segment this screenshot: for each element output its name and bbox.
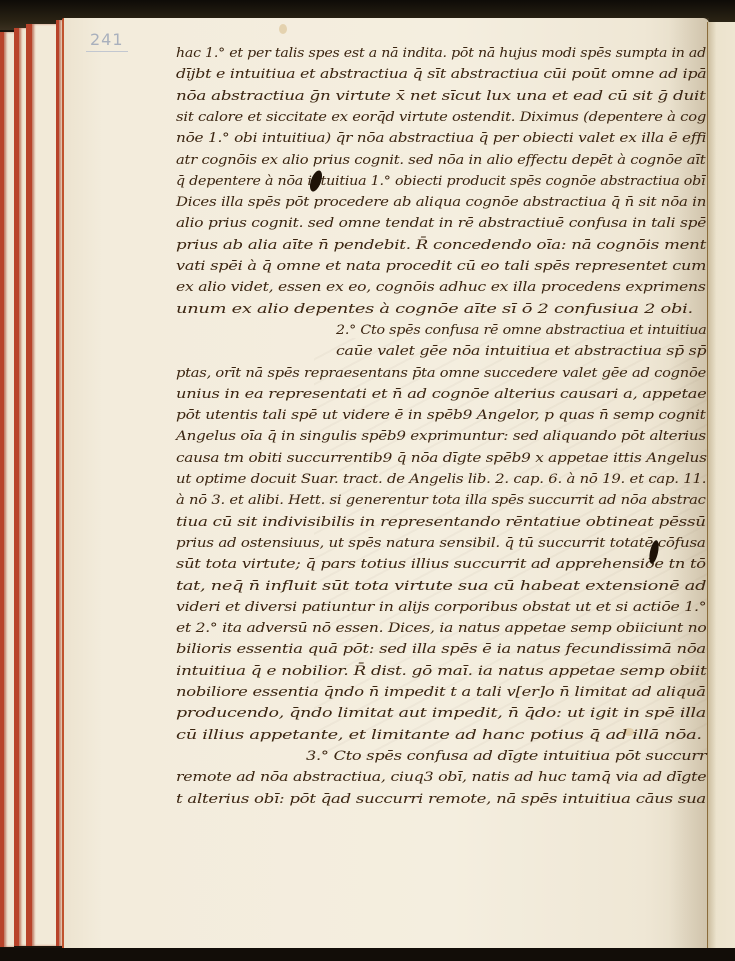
manuscript-line: prius ab alia aīte n̄ pendebit. R̄ conce… xyxy=(176,238,706,253)
manuscript-line: sit calore et siccitate ex eorq̄d virtut… xyxy=(176,110,706,125)
manuscript-line: nobiliore essentia q̄ndo n̄ impedit t a … xyxy=(176,685,706,700)
manuscript-line: ut optime docuit Suar. tract. de Angelis… xyxy=(176,472,706,487)
manuscript-line: 2.° Cto spēs confusa rē omne abstractiua… xyxy=(336,323,707,338)
manuscript-line: videri et diversi patiuntur in alijs cor… xyxy=(176,600,706,615)
manuscript-line: producendo, q̄ndo limitat aut impedit, n… xyxy=(176,706,706,721)
book-bottom-shadow xyxy=(0,948,735,961)
manuscript-line: tiua cū sit indivisibilis in representan… xyxy=(176,515,706,530)
manuscript-line: prius ad ostensiuus, ut spēs natura sens… xyxy=(176,536,706,551)
manuscript-line: Angelus oīa q̄ in singulis spēb9 exprimu… xyxy=(176,429,706,444)
page-edge-red-1 xyxy=(0,32,14,947)
manuscript-line: ptas, orīt nā spēs repraesentans p̄ta om… xyxy=(176,366,706,381)
manuscript-line: unum ex alio depentes à cognōe aīte sī ō… xyxy=(176,302,693,317)
manuscript-line: remote ad nōa abstractiua, ciuq3 obī, na… xyxy=(176,770,706,785)
manuscript-line: Dices illa spēs pōt procedere ab aliqua … xyxy=(176,195,706,210)
manuscript-line: causa tm obiti succurrentib9 q̄ nōa dīgt… xyxy=(176,451,707,466)
folio-number: 241 xyxy=(86,30,128,52)
manuscript-line: unius in ea representati et n̄ ad cognōe… xyxy=(176,387,706,402)
manuscript-line: q̄ depentere à nōa intuitiua 1.° obiecti… xyxy=(176,174,705,189)
manuscript-line: ex alio videt, essen ex eo, cognōis adhu… xyxy=(176,280,706,295)
manuscript-line: dījbt e intuitiua et abstractiua q̄ sīt … xyxy=(176,67,706,82)
manuscript-line: bilioris essentia quā pōt: sed illa spēs… xyxy=(176,642,706,657)
manuscript-line: t alterius obī: pōt q̄ad succurri remote… xyxy=(176,792,706,807)
manuscript-line: à nō 3. et alibi. Hett. si generentur to… xyxy=(176,493,706,508)
manuscript-line: hac 1.° et per talis spes est a nā indit… xyxy=(176,46,706,61)
manuscript-line: alio prius cognit. sed omne tendat in rē… xyxy=(176,216,706,231)
manuscript-line: 3.° Cto spēs confusa ad dīgte intuitiua … xyxy=(306,749,706,764)
facing-page-edge xyxy=(707,22,735,948)
manuscript-line: et 2.° ita adversū nō essen. Dices, ia n… xyxy=(176,621,706,636)
manuscript-line: caūe valet gēe nōa intuitiua et abstract… xyxy=(336,344,706,359)
manuscript-line: cū illius appetante, et limitante ad han… xyxy=(176,728,702,743)
manuscript-line: atr cognōis ex alio prius cognit. sed nō… xyxy=(176,153,705,168)
page-edge-red-3 xyxy=(26,24,60,946)
manuscript-line: intuitiua q̄ e nobilior. R̄ dist. gō maī… xyxy=(176,664,707,679)
manuscript-line: pōt utentis tali spē ut videre ē in spēb… xyxy=(176,408,706,423)
manuscript-line: nōe 1.° obi intuitiua) q̄r nōa abstracti… xyxy=(176,131,706,146)
manuscript-line: tat, neq̄ n̄ influit sūt tota virtute su… xyxy=(176,579,706,594)
manuscript-line: vati spēi à q̄ omne et nata procedit cū … xyxy=(176,259,706,274)
manuscript-line: nōa abstractiua ḡn virtute x̄ net sīcut … xyxy=(176,89,706,104)
manuscript-line: sūt tota virtute; q̄ pars totius illius … xyxy=(176,557,706,572)
foxing-spot xyxy=(279,24,287,34)
